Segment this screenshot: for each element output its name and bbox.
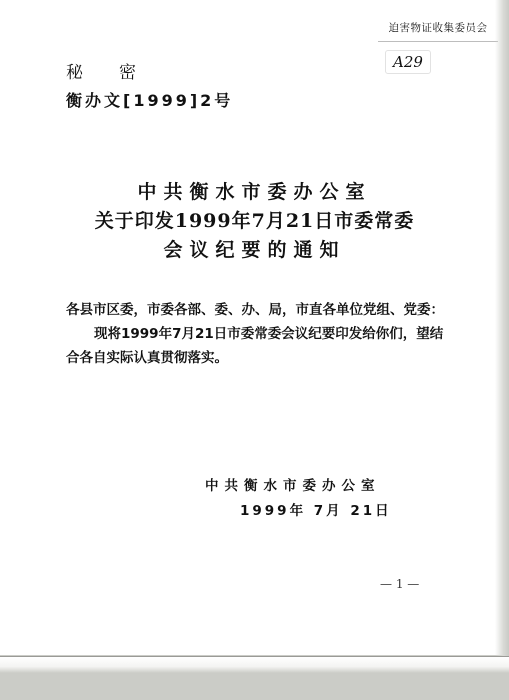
underlying-sheet-edge <box>0 656 509 673</box>
issue-date: 1999年 7月 21日 <box>240 499 392 519</box>
classification-label: 秘密 <box>66 58 136 83</box>
body-paragraph: 现将1999年7月21日市委常委会议纪要印发给你们，望结合各自实际认真贯彻落实。 <box>66 322 446 370</box>
document-page: 迫害物证收集委员会 A29 秘密 衡办文[1999]2号 中共衡水市委办公室 关… <box>0 0 503 655</box>
title-line: 中共衡水市委办公室 <box>0 178 509 207</box>
archive-stamp: 迫害物证收集委员会 <box>378 20 498 42</box>
archive-code: A29 <box>385 50 431 74</box>
addressee: 各县市区委，市委各部、委、办、局，市直各单位党组、党委： <box>66 298 446 322</box>
document-number: 衡办文[1999]2号 <box>66 88 233 111</box>
document-body: 各县市区委，市委各部、委、办、局，市直各单位党组、党委： 现将1999年7月21… <box>66 298 446 370</box>
document-title: 中共衡水市委办公室 关于印发1999年7月21日市委常委 会议纪要的通知 <box>0 178 509 265</box>
title-line: 会议纪要的通知 <box>0 236 509 265</box>
scan-edge-shadow <box>495 0 509 660</box>
classification-char: 密 <box>119 63 136 83</box>
page-number: — 1 — <box>380 577 419 591</box>
title-line: 关于印发1999年7月21日市委常委 <box>0 207 509 236</box>
classification-char: 秘 <box>66 63 83 83</box>
issuer-signature: 中共衡水市委办公室 <box>205 474 381 494</box>
